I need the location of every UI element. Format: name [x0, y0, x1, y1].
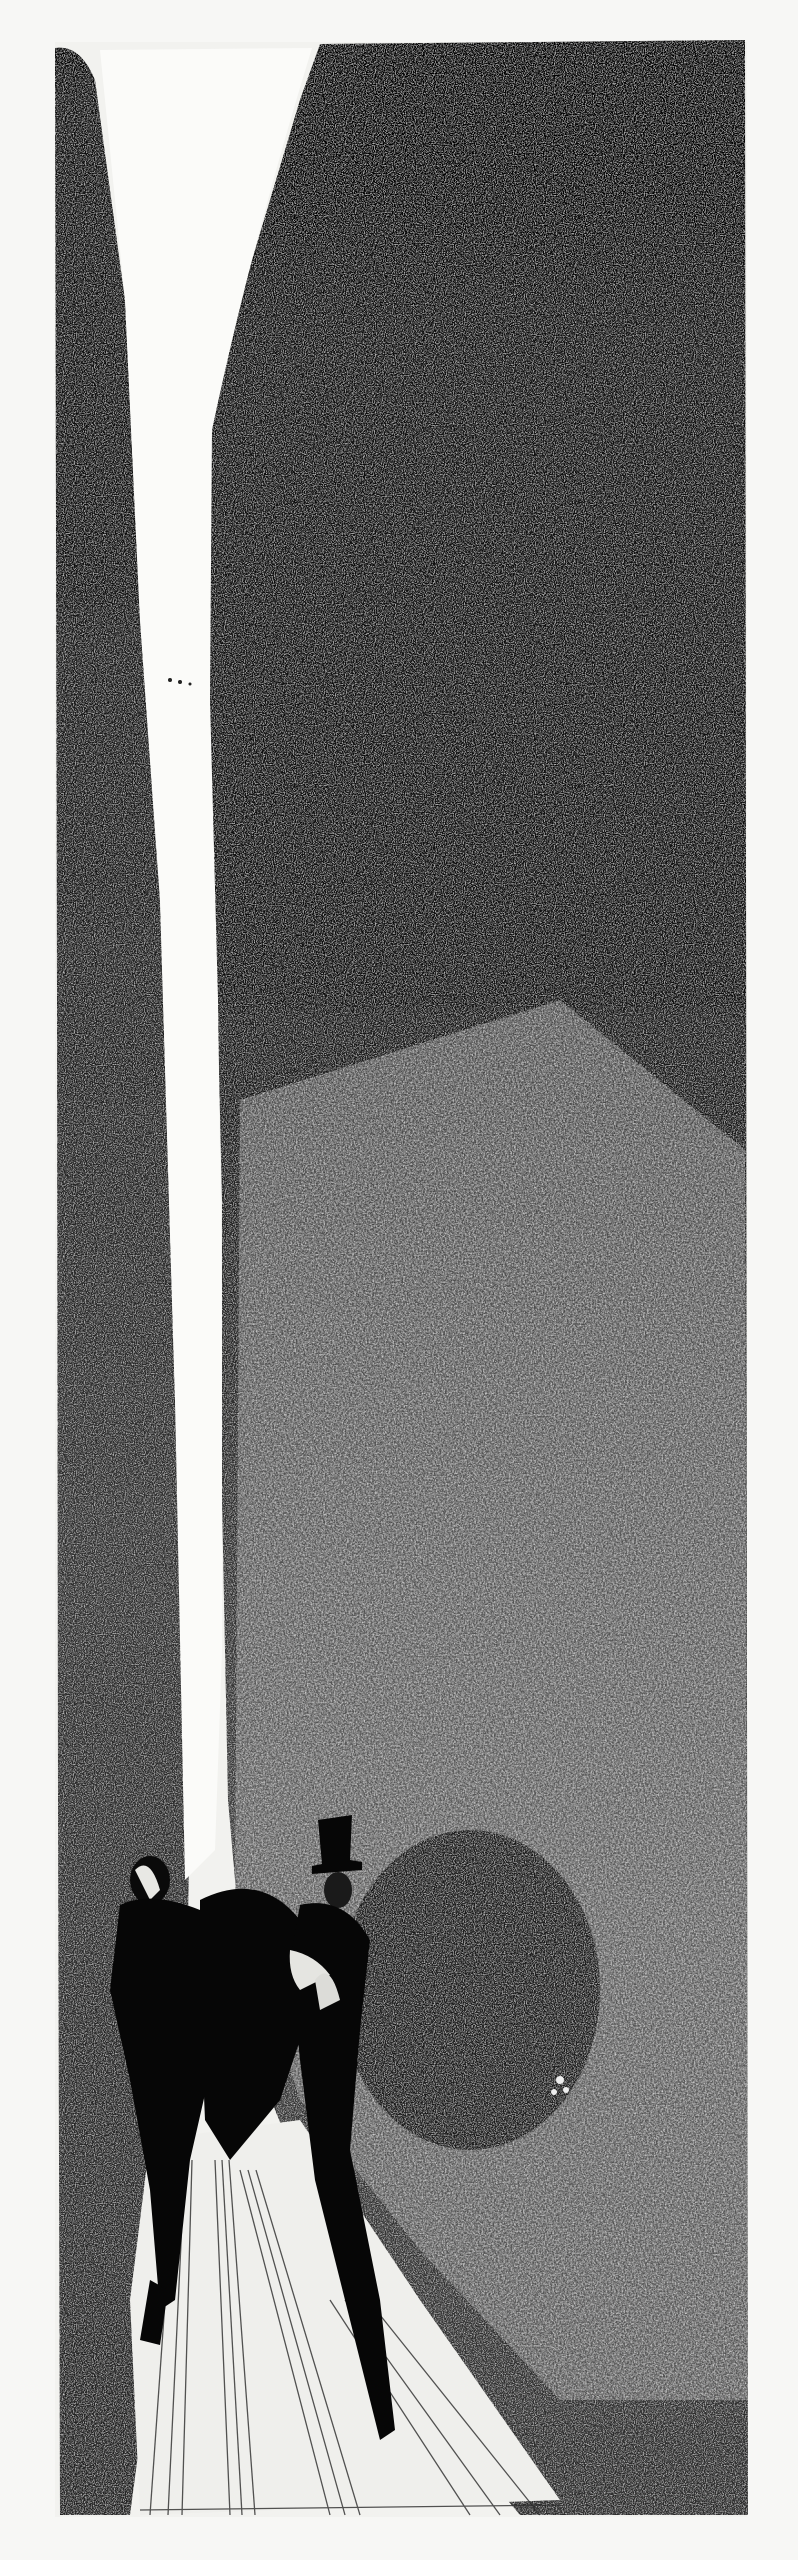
- figure-shadow: [340, 1830, 600, 2150]
- etching-artwork: [0, 0, 798, 2560]
